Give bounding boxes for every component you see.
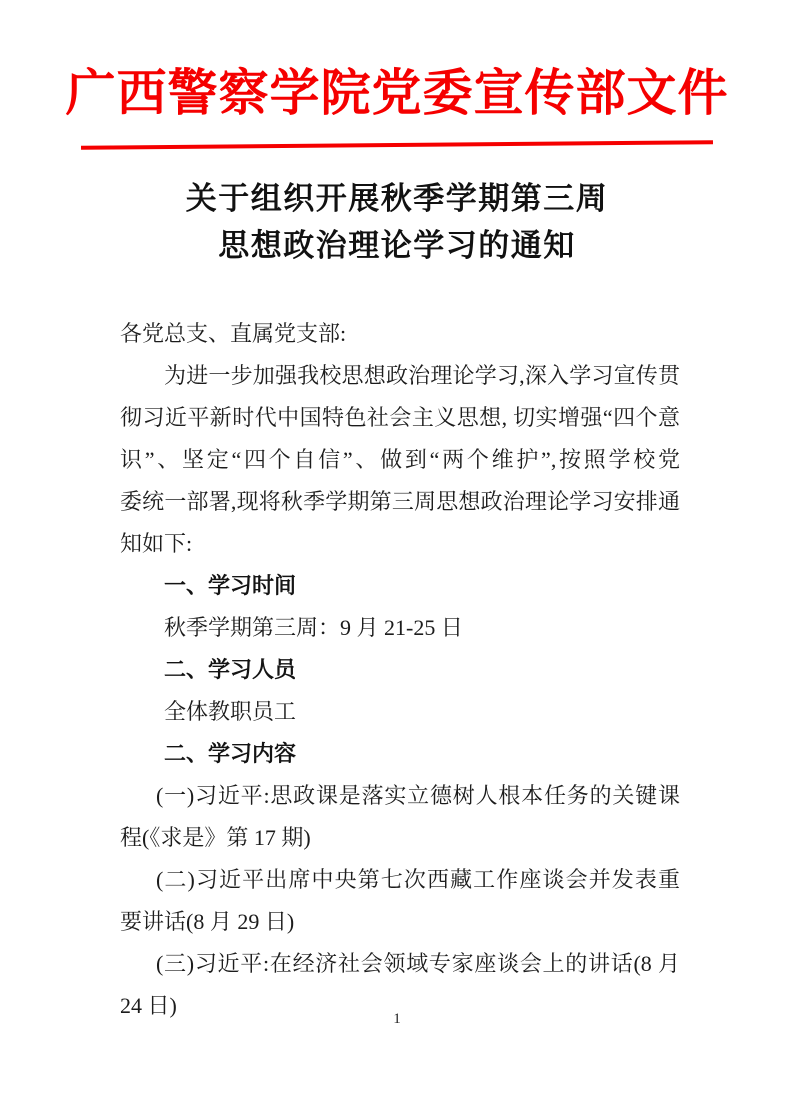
- body-line: 程(《求是》第 17 期): [120, 817, 680, 859]
- body-line: (一)习近平:思政课是落实立德树人根本任务的关键课: [120, 775, 680, 817]
- body-line: 一、学习时间: [120, 565, 680, 607]
- document-page: 广西警察学院党委宣传部文件 关于组织开展秋季学期第三周 思想政治理论学习的通知 …: [0, 0, 794, 1108]
- body-line: 秋季学期第三周：9 月 21-25 日: [120, 607, 680, 649]
- body-line: 二、学习内容: [120, 733, 680, 775]
- red-divider-line: [81, 140, 713, 150]
- red-header-title: 广西警察学院党委宣传部文件: [0, 58, 794, 128]
- body-line: (二)习近平出席中央第七次西藏工作座谈会并发表重: [120, 859, 680, 901]
- document-body: 各党总支、直属党支部:为进一步加强我校思想政治理论学习,深入学习宣传贯彻习近平新…: [120, 313, 680, 1027]
- body-line: 要讲话(8 月 29 日): [120, 901, 680, 943]
- body-line: 各党总支、直属党支部:: [120, 313, 680, 355]
- body-line: 识”、坚定“四个自信”、做到“两个维护”,按照学校党: [120, 439, 680, 481]
- body-line: 全体教职员工: [120, 691, 680, 733]
- body-line: (三)习近平:在经济社会领域专家座谈会上的讲话(8 月: [120, 943, 680, 985]
- document-title-line1: 关于组织开展秋季学期第三周: [0, 175, 794, 222]
- body-line: 委统一部署,现将秋季学期第三周思想政治理论学习安排通: [120, 481, 680, 523]
- page-number: 1: [0, 1008, 794, 1030]
- document-title-line2: 思想政治理论学习的通知: [0, 222, 794, 269]
- document-title: 关于组织开展秋季学期第三周 思想政治理论学习的通知: [0, 175, 794, 269]
- body-line: 知如下:: [120, 523, 680, 565]
- body-line: 为进一步加强我校思想政治理论学习,深入学习宣传贯: [120, 355, 680, 397]
- body-line: 彻习近平新时代中国特色社会主义思想, 切实增强“四个意: [120, 397, 680, 439]
- body-line: 二、学习人员: [120, 649, 680, 691]
